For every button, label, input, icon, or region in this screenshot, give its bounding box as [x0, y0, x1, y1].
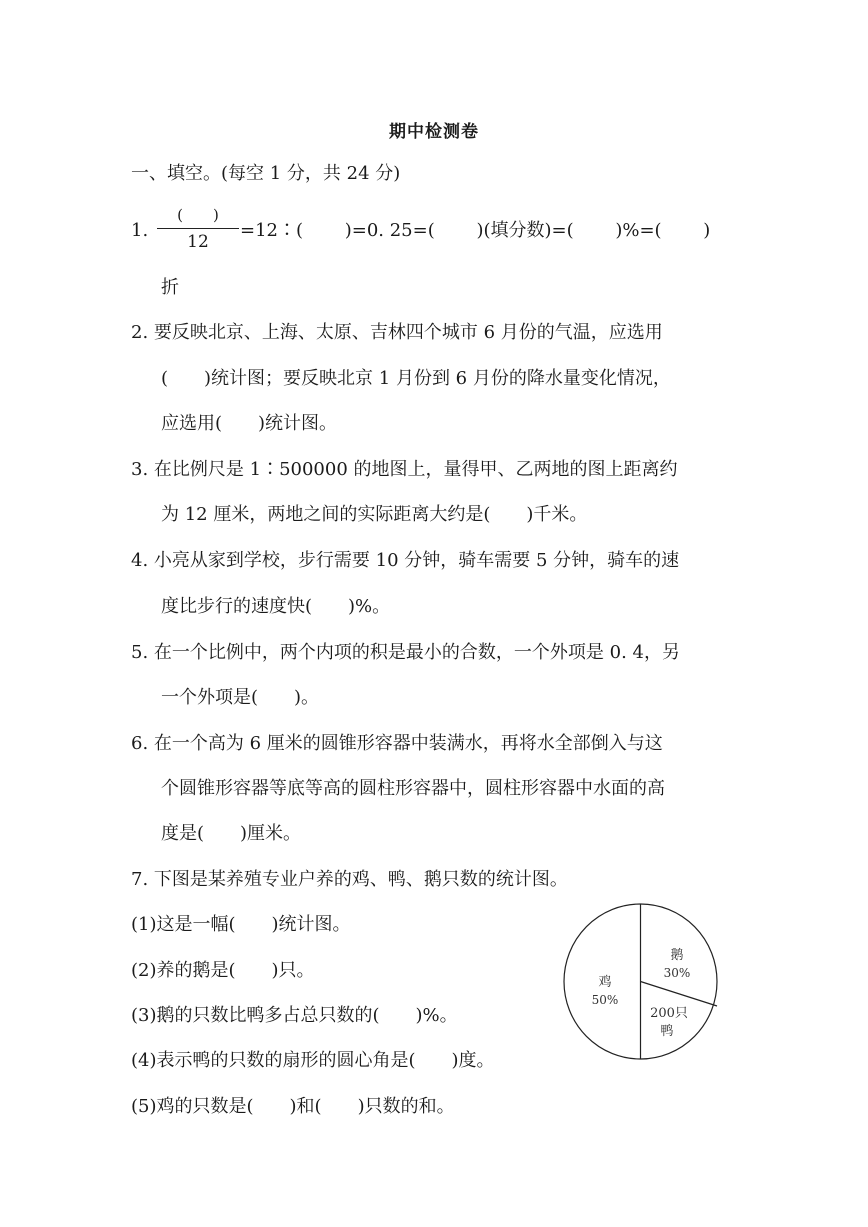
q1-fraction-numerator[interactable]: ( ): [157, 204, 239, 226]
q1-line2: 折: [161, 276, 179, 300]
pie-label-chicken: 鸡: [598, 975, 611, 990]
pie-label-duck: 鸭: [660, 1024, 673, 1039]
q5-line2: 一个外项是( )。: [161, 686, 319, 710]
q2-line2: ( )统计图；要反映北京 1 月份到 6 月份的降水量变化情况，: [161, 367, 671, 391]
q1-fraction: ( ) 12: [157, 204, 239, 253]
q1-fraction-denominator: 12: [157, 231, 239, 253]
pie-chart: 鸡 50% 鹅 30% 200只 鸭: [563, 903, 718, 1060]
q1-equation: =12∶( )=0. 25=( )(填分数)=( )%=( ): [240, 219, 710, 243]
pie-label-duck-count: 200只: [650, 1006, 688, 1021]
q1-number: 1.: [131, 219, 148, 243]
section-heading: 一、填空。(每空 1 分，共 24 分): [131, 162, 400, 186]
q7-line1: 7. 下图是某养殖专业户养的鸡、鸭、鹅只数的统计图。: [131, 868, 568, 892]
pie-label-goose: 鹅: [670, 948, 683, 963]
fraction-bar: [157, 228, 239, 229]
q7-sub-1: (1)这是一幅( )统计图。: [131, 913, 351, 937]
q3-line1: 3. 在比例尺是 1∶500000 的地图上，量得甲、乙两地的图上距离约: [131, 458, 678, 482]
q5-line1: 5. 在一个比例中，两个内项的积是最小的合数，一个外项是 0. 4，另: [131, 641, 680, 665]
q2-line1: 2. 要反映北京、上海、太原、吉林四个城市 6 月份的气温，应选用: [131, 321, 663, 345]
pie-pct-goose: 30%: [664, 966, 691, 980]
q7-sub-5: (5)鸡的只数是( )和( )只数的和。: [131, 1095, 455, 1119]
q6-line2: 个圆锥形容器等底等高的圆柱形容器中，圆柱形容器中水面的高: [161, 777, 665, 801]
q7-sub-3: (3)鹅的只数比鸭多占总只数的( )%。: [131, 1004, 458, 1028]
q4-line1: 4. 小亮从家到学校，步行需要 10 分钟，骑车需要 5 分钟，骑车的速: [131, 549, 679, 573]
page-title: 期中检测卷: [0, 117, 868, 142]
q4-line2: 度比步行的速度快( )%。: [161, 595, 390, 619]
q3-line2: 为 12 厘米，两地之间的实际距离大约是( )千米。: [161, 503, 587, 527]
q6-line3: 度是( )厘米。: [161, 822, 301, 846]
q2-line3: 应选用( )统计图。: [161, 412, 337, 436]
q6-line1: 6. 在一个高为 6 厘米的圆锥形容器中装满水，再将水全部倒入与这: [131, 732, 663, 756]
pie-pct-chicken: 50%: [592, 993, 619, 1007]
q7-sub-2: (2)养的鹅是( )只。: [131, 959, 315, 983]
q7-sub-4: (4)表示鸭的只数的扇形的圆心角是( )度。: [131, 1049, 495, 1073]
